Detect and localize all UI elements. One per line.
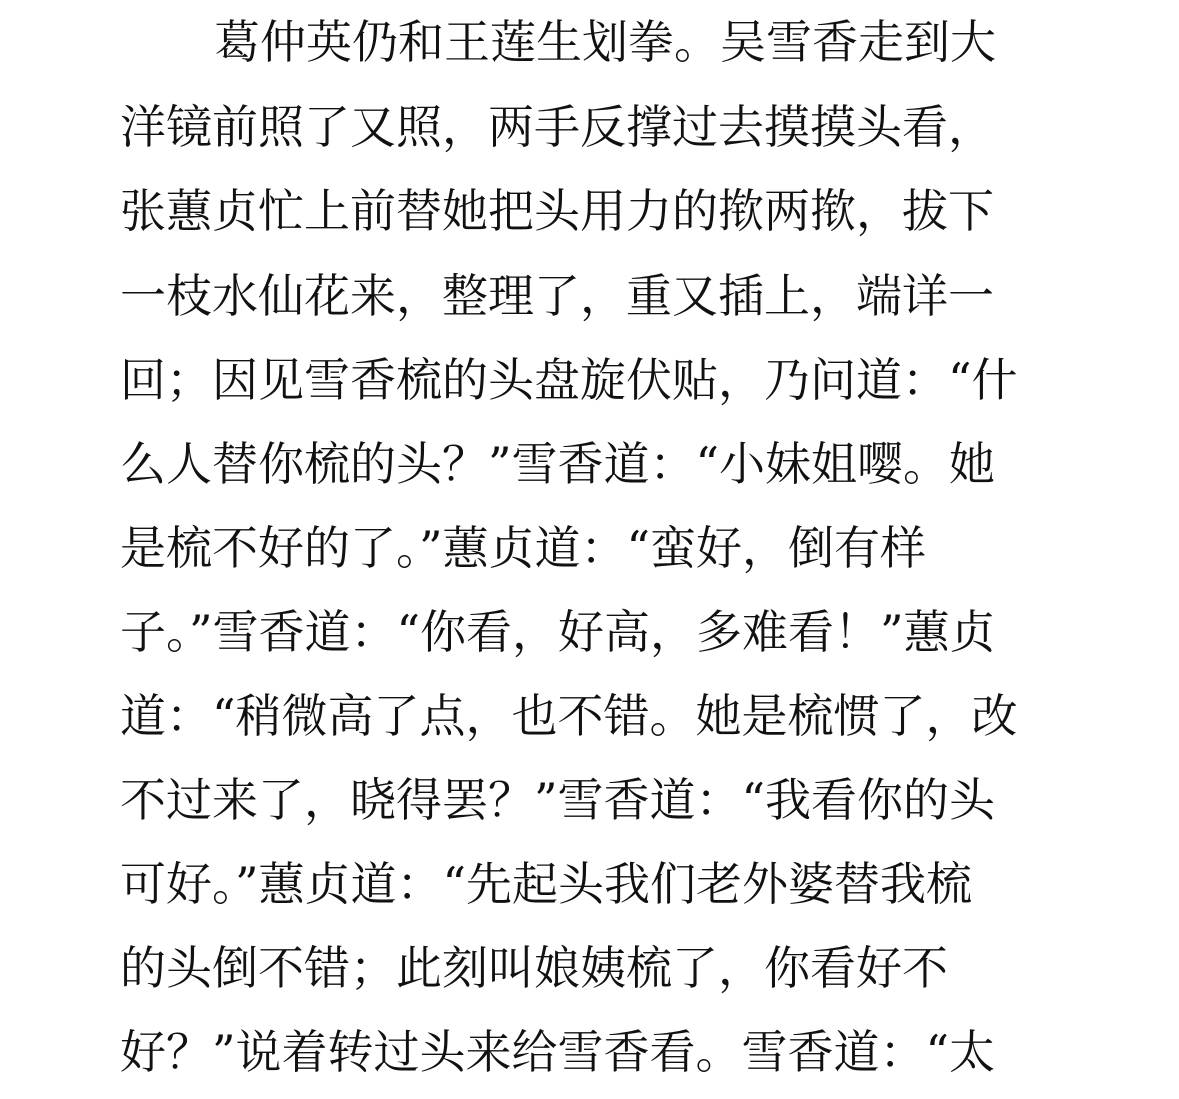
text-line: 道：“稍微高了点，也不错。她是梳惯了，改 [120,686,1018,746]
text-line: 回；因见雪香梳的头盘旋伏贴，乃问道：“什 [120,350,1018,410]
text-line: 张蕙贞忙上前替她把头用力的揿两揿，拔下 [120,181,994,241]
text-line: 好？”说着转过头来给雪香看。雪香道：“太 [120,1022,995,1082]
text-line: 一枝水仙花来，整理了，重又插上，端详一 [120,266,994,326]
text-line: 不过来了，晓得罢？”雪香道：“我看你的头 [120,770,995,830]
text-line: 洋镜前照了又照，两手反撑过去摸摸头看， [120,97,994,157]
text-line: 葛仲英仍和王莲生划拳。吴雪香走到大 [214,12,996,72]
text-line: 可好。”蕙贞道：“先起头我们老外婆替我梳 [120,854,972,914]
text-line: 么人替你梳的头？”雪香道：“小妹姐嘤。她 [120,434,995,494]
text-line: 是梳不好的了。”蕙贞道：“蛮好，倒有样 [120,518,926,578]
document-page: 葛仲英仍和王莲生划拳。吴雪香走到大 洋镜前照了又照，两手反撑过去摸摸头看， 张蕙… [0,0,1179,1099]
text-line: 的头倒不错；此刻叫娘姨梳了，你看好不 [120,938,948,998]
text-line: 子。”雪香道：“你看，好高，多难看！”蕙贞 [120,602,996,662]
